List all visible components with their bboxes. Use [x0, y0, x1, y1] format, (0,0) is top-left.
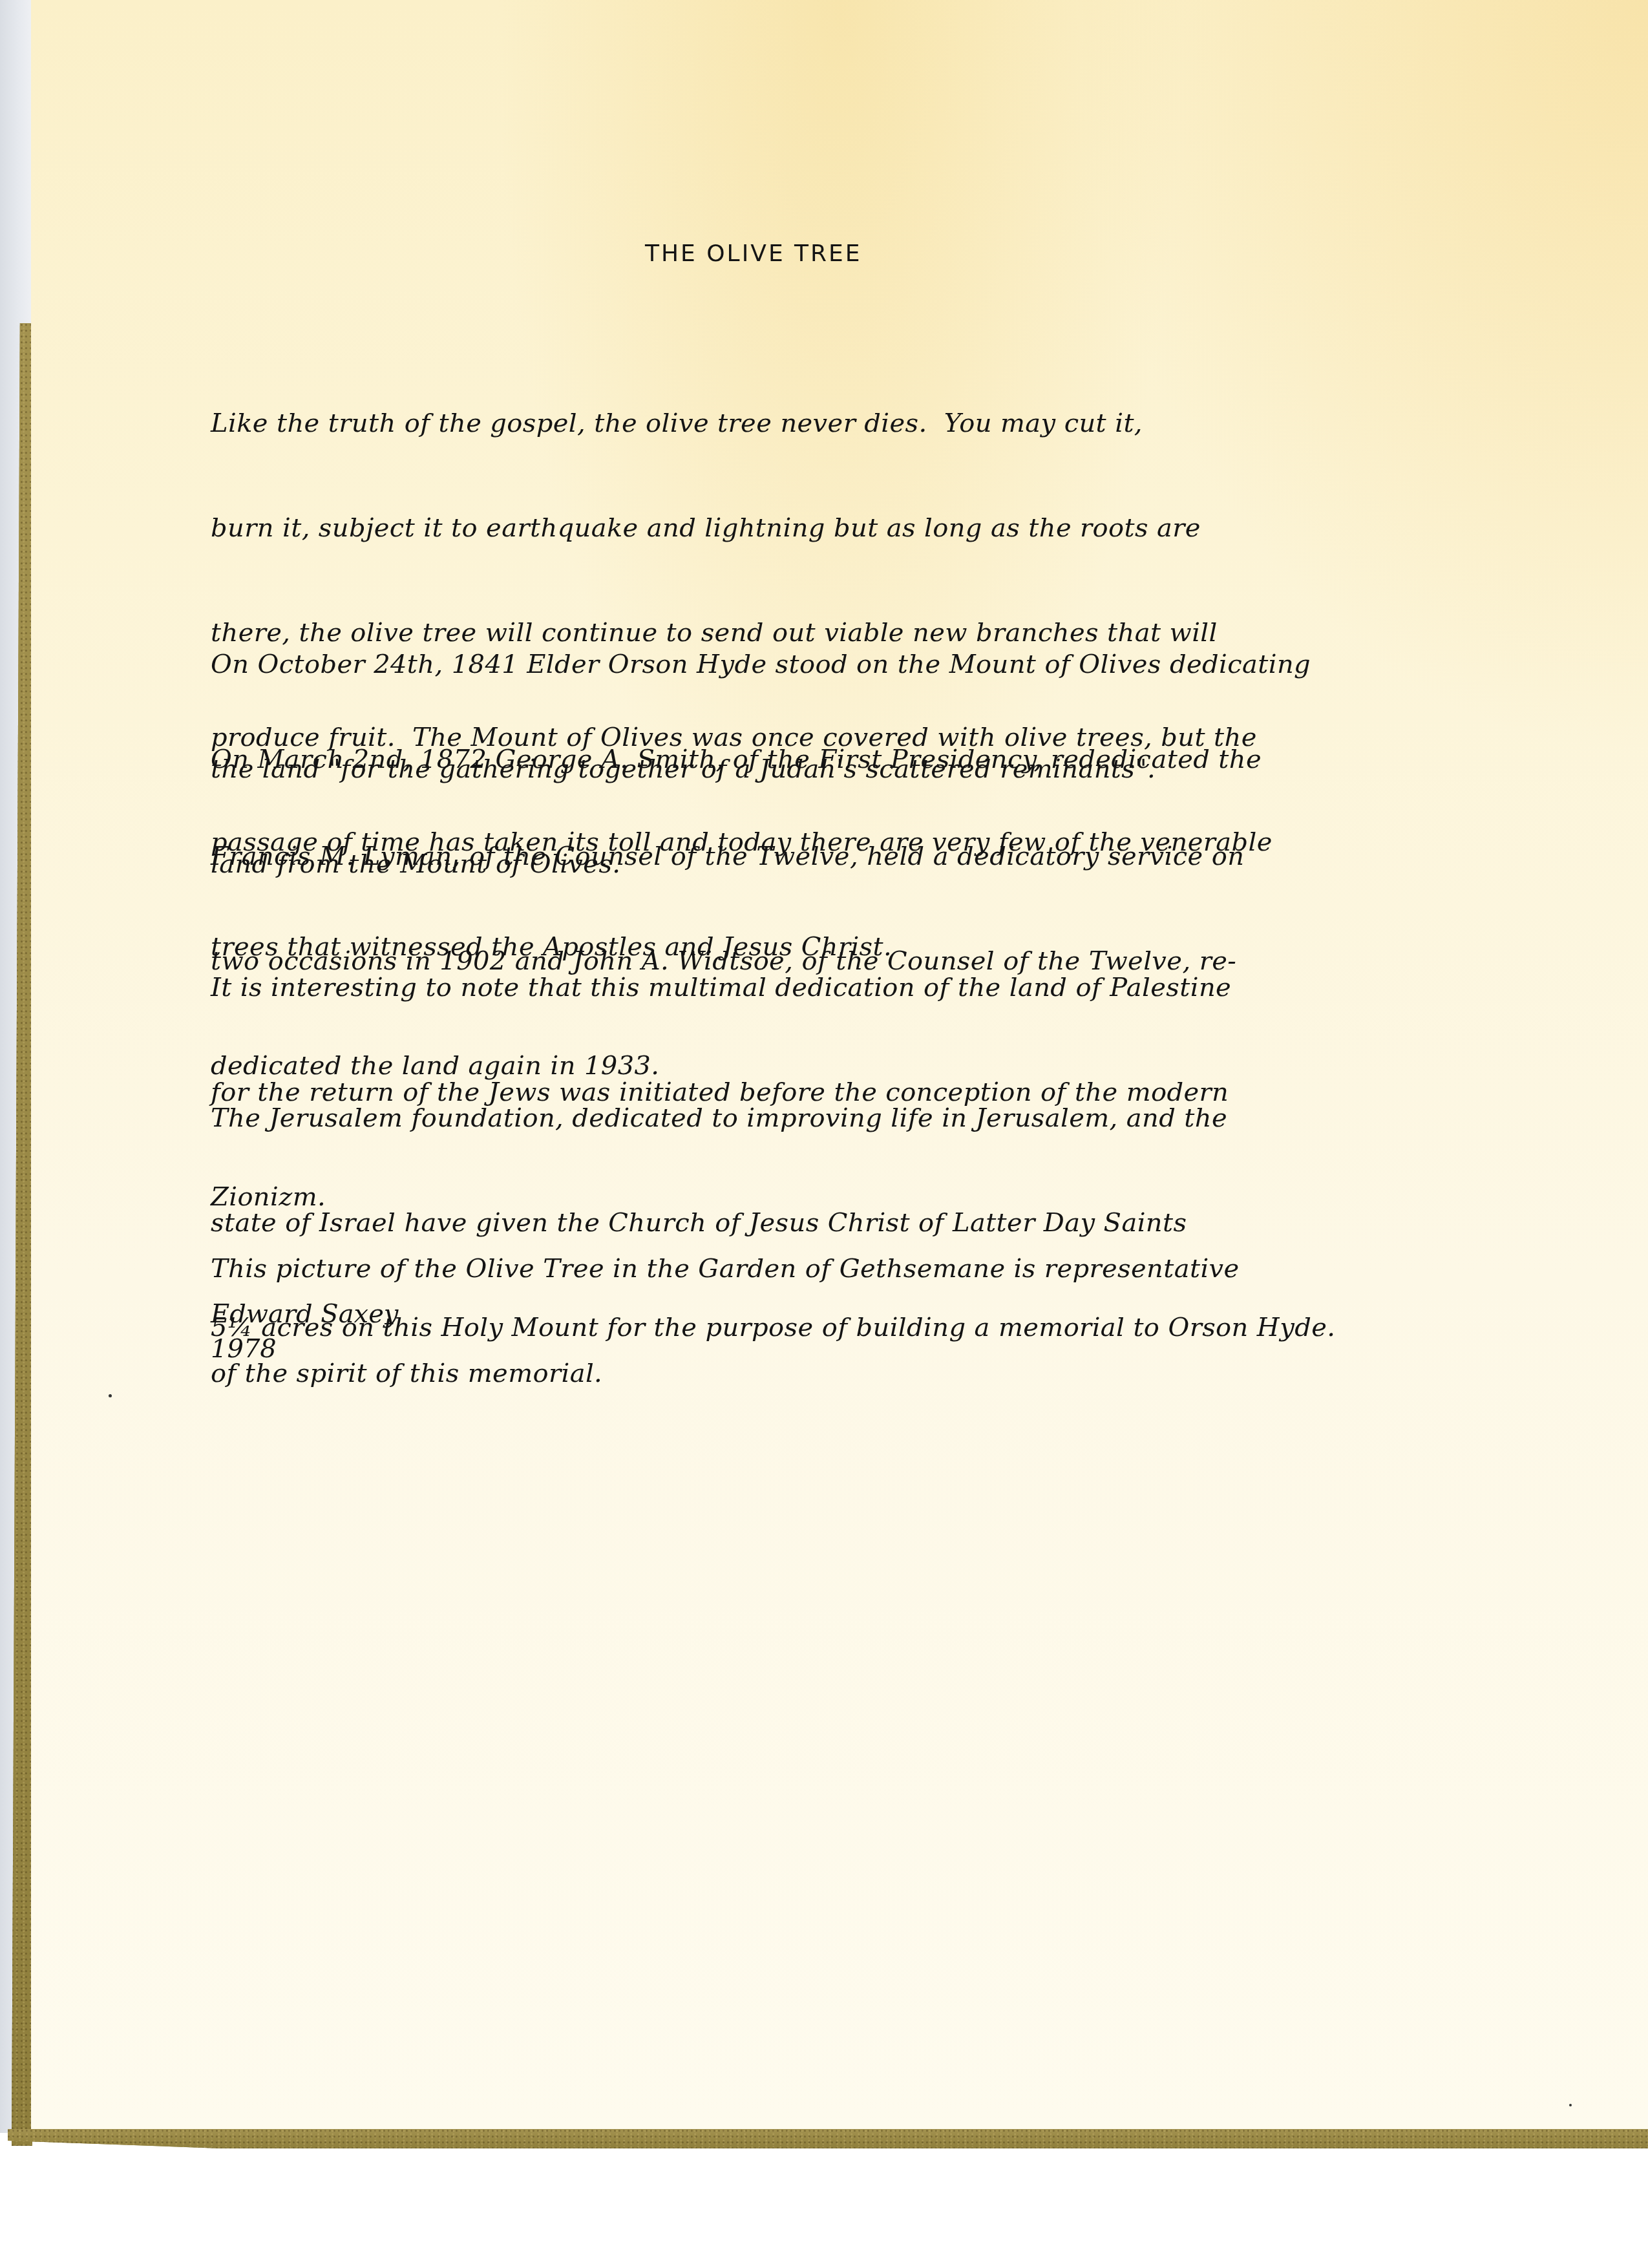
cardboard-backing-bottom — [8, 2129, 1648, 2148]
text-line: This picture of the Olive Tree in the Ga… — [211, 1251, 1240, 1286]
text-line: Like the truth of the gospel, the olive … — [211, 406, 1273, 441]
text-line: It is interesting to note that this mult… — [211, 970, 1231, 1005]
paper-speck — [109, 1394, 112, 1397]
text-line: The Jerusalem foundation, dedicated to i… — [211, 1101, 1335, 1136]
signature-year: 1978 — [211, 1331, 398, 1366]
typed-document: THE OLIVE TREE Like the truth of the gos… — [31, 0, 1648, 2129]
document-title: THE OLIVE TREE — [645, 240, 862, 267]
author-name: Edward Saxey — [211, 1297, 398, 1331]
paper-speck — [1569, 2104, 1572, 2106]
signature-block: Edward Saxey 1978 — [211, 1297, 398, 1366]
paper-sheet: THE OLIVE TREE Like the truth of the gos… — [31, 0, 1648, 2129]
text-line: burn it, subject it to earthquake and li… — [211, 511, 1273, 546]
text-line: Francis M. Lyman, of the Counsel of the … — [211, 839, 1244, 874]
